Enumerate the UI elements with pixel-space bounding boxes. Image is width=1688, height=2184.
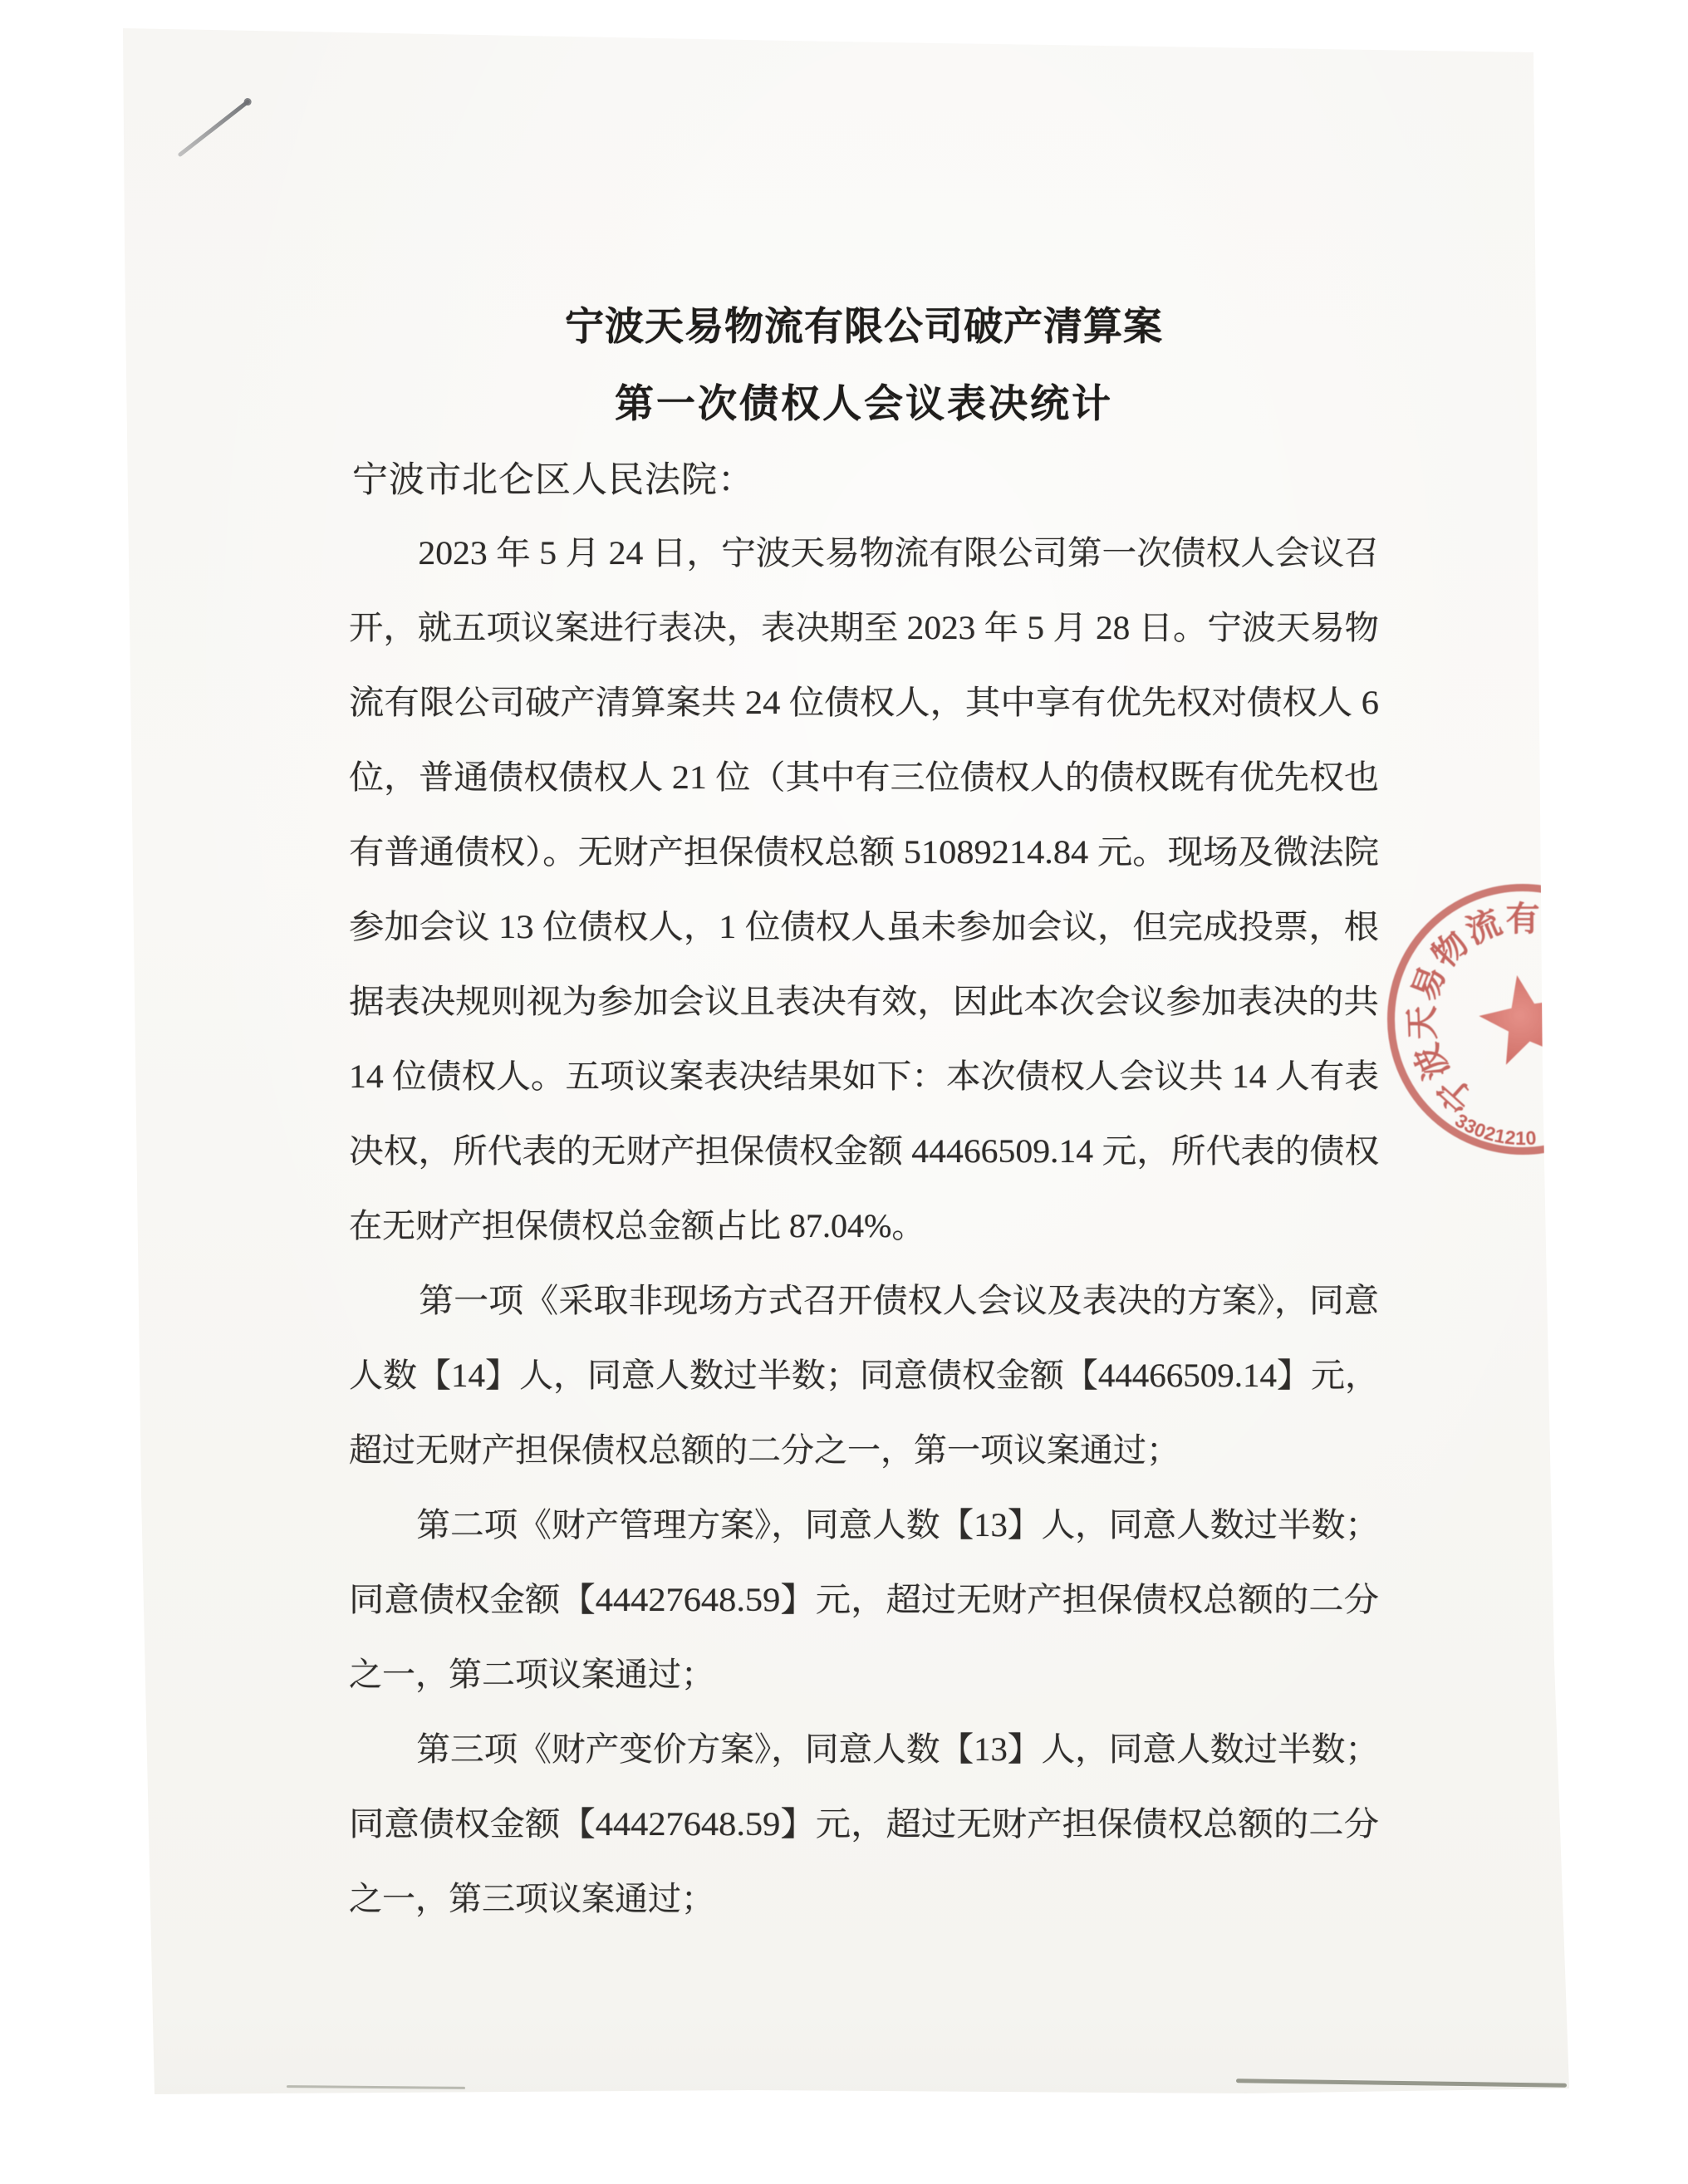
body-line: 位，普通债权债权人 21 位（其中有三位债权人的债权既有优先权也 [349, 756, 1379, 831]
body-line: 同意债权金额【44427648.59】元，超过无财产担保债权总额的二分 [349, 1578, 1379, 1653]
body-line: 开，就五项议案进行表决，表决期至 2023 年 5 月 28 日。宁波天易物 [349, 606, 1379, 681]
paper-bottom-edge-left [287, 2085, 465, 2089]
body-line: 同意债权金额【44427648.59】元，超过无财产担保债权总额的二分 [349, 1803, 1379, 1877]
body-line: 决权，所代表的无财产担保债权金额 44466509.14 元，所代表的债权 [349, 1130, 1379, 1205]
body-line: 第三项《财产变价方案》，同意人数【13】人，同意人数过半数； [349, 1728, 1379, 1803]
pen-slash-mark [177, 99, 250, 157]
body-line: 2023 年 5 月 24 日，宁波天易物流有限公司第一次债权人会议召 [349, 532, 1379, 606]
body-line: 之一，第二项议案通过； [349, 1653, 1379, 1728]
body-line: 人数【14】人，同意人数过半数；同意债权金额【44466509.14】元， [349, 1354, 1379, 1429]
body-line: 超过无财产担保债权总额的二分之一，第一项议案通过； [349, 1429, 1379, 1504]
document-title-line2: 第一次债权人会议表决统计 [349, 373, 1379, 429]
body-line: 第二项《财产管理方案》，同意人数【13】人，同意人数过半数； [349, 1504, 1379, 1578]
body-line: 14 位债权人。五项议案表决结果如下：本次债权人会议共 14 人有表 [349, 1055, 1379, 1130]
star-icon [1470, 966, 1582, 1077]
body-line: 第一项《采取非现场方式召开债权人会议及表决的方案》，同意 [349, 1279, 1379, 1354]
body-line: 流有限公司破产清算案共 24 位债权人，其中享有优先权对债权人 6 [349, 681, 1379, 756]
body-line: 之一，第三项议案通过； [349, 1877, 1379, 1952]
document-title-line1: 宁波天易物流有限公司破产清算案 [349, 296, 1379, 351]
body-line: 据表决规则视为参加会议且表决有效，因此本次会议参加表决的共 [349, 980, 1379, 1055]
body-line: 参加会议 13 位债权人，1 位债权人虽未参加会议，但完成投票，根 [349, 906, 1379, 980]
scanned-paper-sheet: 宁波天易物流有限公司破产清算案 第一次债权人会议表决统计 宁波市北仑区人民法院：… [0, 0, 1688, 2184]
company-seal: 宁波天易物流有限 33021210 [1387, 884, 1658, 1155]
paper-bottom-edge-right [1236, 2078, 1567, 2088]
body-line: 在无财产担保债权总金额占比 87.04%。 [349, 1205, 1379, 1279]
body-line: 有普通债权）。无财产担保债权总额 51089214.84 元。现场及微法院 [349, 831, 1379, 906]
addressee-line: 宁波市北仑区人民法院： [352, 452, 754, 503]
